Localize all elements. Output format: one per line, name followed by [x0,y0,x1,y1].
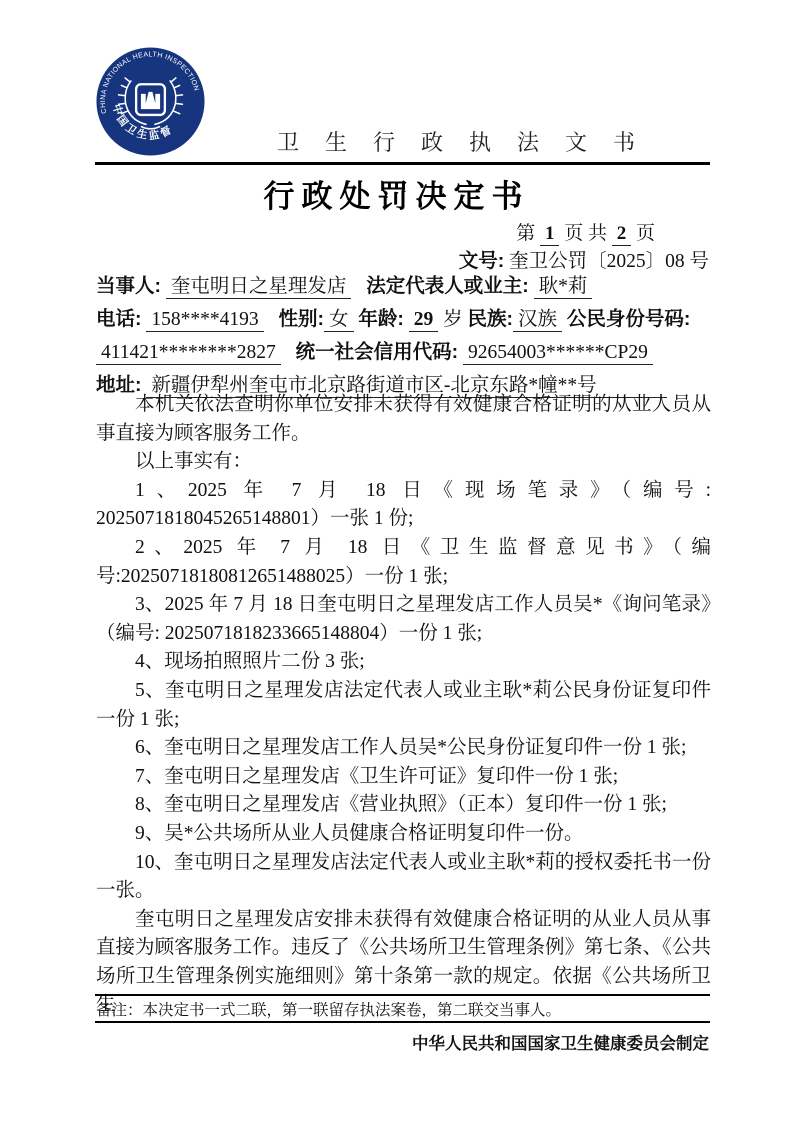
body-paragraph: 8、奎屯明日之星理发店《营业执照》（正本）复印件一份 1 张; [96,791,711,820]
pagination-label: 页 共 [564,223,607,244]
party-name-label: 当事人: [96,275,161,297]
body-paragraph: 7、奎屯明日之星理发店《卫生许可证》复印件一份 1 张; [96,763,711,792]
sex-value: 女 [324,309,354,332]
phone-label: 电话: [96,308,142,330]
body-paragraph: 以上事实有： [96,448,711,477]
pagination-label: 页 [636,223,655,244]
health-inspection-seal: CHINA NATIONAL HEALTH INSPECTION 中国卫生监督 [93,44,208,159]
body-paragraph: 本机关依法查明你单位安排未获得有效健康合格证明的从业人员从事直接为顾客服务工作。 [96,391,711,448]
ethnicity-value: 汉族 [513,309,562,332]
body-paragraph: 2、2025 年 7 月 18 日《卫生监督意见书》（编号:2025071818… [96,534,711,591]
body-paragraph: 9、吴*公共场所从业人员健康合格证明复印件一份。 [96,820,711,849]
party-row-contact: 电话: 158****4193 性别:女 年龄: 29 岁 民族:汉族 公民身份… [96,303,711,336]
document-series-title: 卫生行政执法文书 [205,126,733,157]
representative-value: 耿*莉 [534,276,593,299]
representative-label: 法定代表人或业主: [366,275,529,297]
party-info: 当事人: 奎屯明日之星理发店 法定代表人或业主: 耿*莉 电话: 158****… [96,270,711,402]
credit-code-value: 92654003******CP29 [463,342,653,365]
issuer-text: 中华人民共和国国家卫生健康委员会制定 [412,1030,709,1054]
footer-divider-bottom [95,1021,710,1023]
pagination-label: 第 [516,223,535,244]
age-label: 年龄: [358,308,404,330]
phone-value: 158****4193 [146,309,263,332]
total-page-number: 2 [612,223,632,246]
body-paragraph: 6、奎屯明日之星理发店工作人员吴*公民身份证复印件一份 1 张; [96,734,711,763]
pagination: 第 1 页 共 2 页 [516,218,655,245]
party-row-name: 当事人: 奎屯明日之星理发店 法定代表人或业主: 耿*莉 [96,270,711,303]
body-paragraph: 3、2025 年 7 月 18 日奎屯明日之星理发店工作人员吴*《询问笔录》（编… [96,591,711,648]
page-title: 行政处罚决定书 [0,171,793,216]
credit-code-label: 统一社会信用代码: [296,341,459,363]
footer-divider-top [95,994,710,996]
header-divider [95,162,710,165]
sex-label: 性别: [279,308,325,330]
body-paragraph: 5、奎屯明日之星理发店法定代表人或业主耿*莉公民身份证复印件一份 1 张; [96,677,711,734]
document-number-label: 文号: [459,250,505,272]
citizen-id-value: 411421********2827 [96,342,281,365]
age-unit: 岁 [443,309,463,330]
document-number: 文号: 奎卫公罚〔2025〕08 号 [459,245,709,273]
party-name-value: 奎屯明日之星理发店 [166,276,352,299]
decision-body: 本机关依法查明你单位安排未获得有效健康合格证明的从业人员从事直接为顾客服务工作。… [96,391,711,1020]
current-page-number: 1 [540,223,560,246]
ethnicity-label: 民族: [468,308,514,330]
age-value: 29 [409,309,439,332]
document-number-value: 奎卫公罚〔2025〕08 号 [509,251,709,272]
footer-note: 备注：本决定书一式二联，第一联留存执法案卷，第二联交当事人。 [96,998,710,1020]
body-paragraph: 10、奎屯明日之星理发店法定代表人或业主耿*莉的授权委托书一份一张。 [96,849,711,906]
penalty-decision-document: CHINA NATIONAL HEALTH INSPECTION 中国卫生监督 … [0,0,793,1122]
party-row-ids: 411421********2827 统一社会信用代码: 92654003***… [96,336,711,369]
citizen-id-label: 公民身份号码: [567,308,691,330]
body-paragraph: 1、2025 年 7 月 18 日《现场笔录》（编号: 202507181804… [96,477,711,534]
body-paragraph: 4、现场拍照照片二份 3 张; [96,648,711,677]
